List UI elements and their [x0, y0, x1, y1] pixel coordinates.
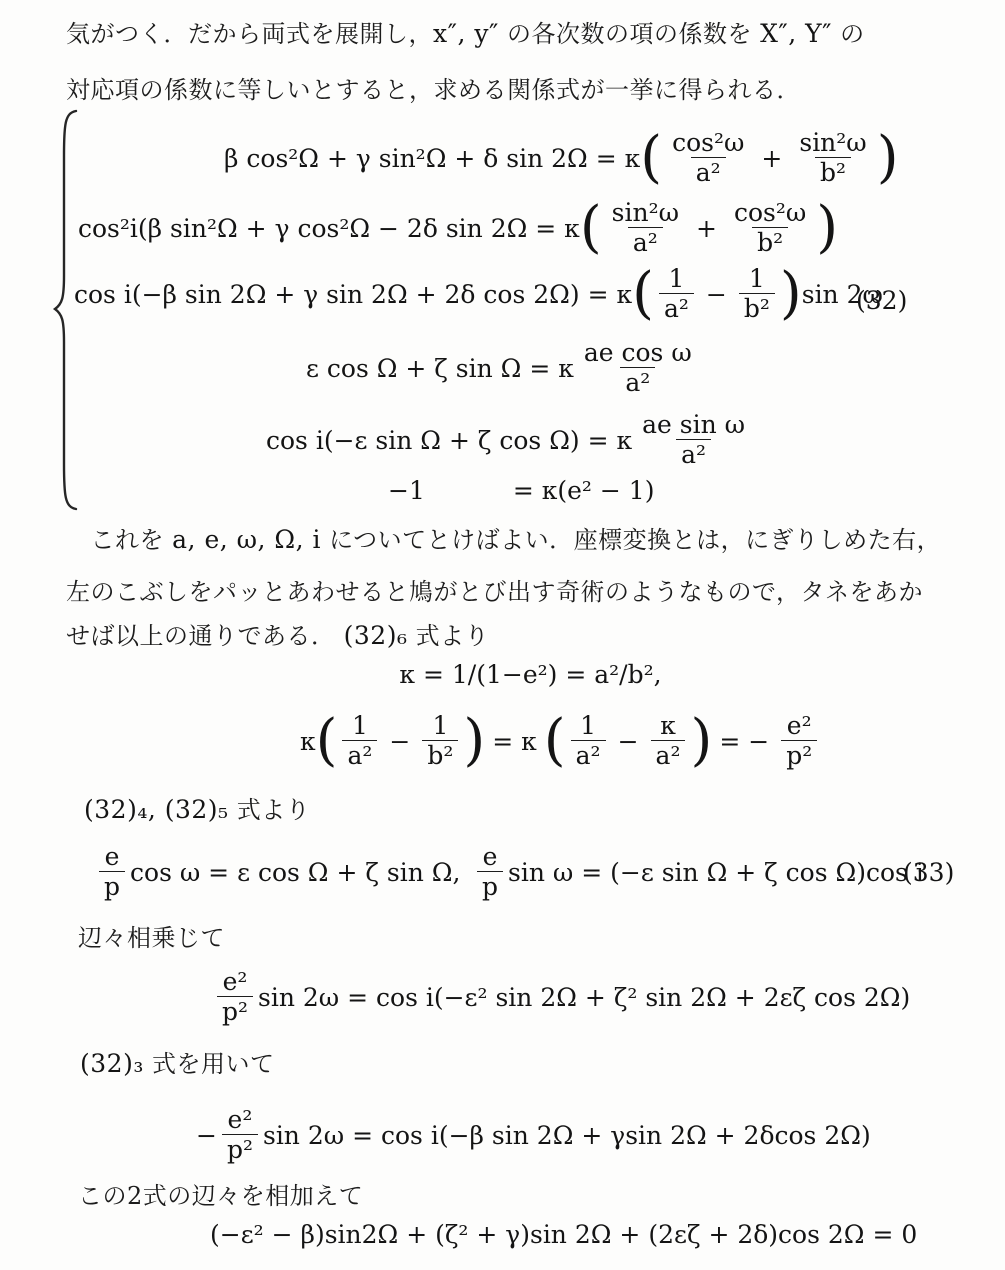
intro-line-2-text: 対応項の係数に等しいとすると，求める関係式が一挙に得られる．	[66, 76, 801, 104]
eq32-1-frac-2: sin²ωb²	[794, 129, 871, 187]
paragraph-2-line-2: 左のこぶしをパッとあわせると鳩がとび出す奇術のようなもので，タネをあか	[66, 572, 923, 607]
equation-product-frac: e²p²	[217, 968, 253, 1026]
kappa-identity-1: κ = 1/(1−e²) = a²/b²,	[0, 660, 1005, 689]
eq32-4-frac-den: a²	[620, 367, 655, 397]
kappa-identity-2-minus-1: −	[389, 727, 410, 756]
reference-32-4-5-refs: (32)₄, (32)₅	[84, 795, 229, 824]
equation-product-frac-den: p²	[217, 996, 253, 1026]
eq32-1-frac-2-num: sin²ω	[794, 129, 871, 157]
eq32-5-frac: ae sin ωa²	[637, 411, 750, 469]
eq32-1-plus: +	[761, 144, 782, 173]
kappa-identity-2-frac-3-num: 1	[575, 712, 601, 740]
equation-product: e²p² sin 2ω = cos i(−ε² sin 2Ω + ζ² sin …	[212, 960, 910, 1034]
equation-system-32: β cos²Ω + γ sin²Ω + δ sin 2Ω = κ ( cos²ω…	[44, 108, 944, 512]
equation-number-32: (32)	[856, 286, 907, 315]
add-sides-text: この2式の辺々を相加えて	[78, 1176, 363, 1211]
reference-32-4-5-jp: 式より	[229, 796, 311, 824]
paragraph-2-line-3: せば以上の通りである． (32)₆ 式より	[66, 616, 489, 651]
eq32-1-frac-1: cos²ωa²	[667, 129, 749, 187]
paragraph-2-line-2-text: 左のこぶしをパッとあわせると鳩がとび出す奇術のようなもので，タネをあか	[66, 578, 923, 606]
paragraph-2-line-1: これを a, e, ω, Ω, i についてとけばよい．座標変換とは，にぎりしめ…	[66, 520, 941, 555]
kappa-identity-2-frac-5-num: e²	[782, 712, 817, 740]
eq32-1: β cos²Ω + γ sin²Ω + δ sin 2Ω = κ ( cos²ω…	[224, 122, 899, 194]
eq32-4: ε cos Ω + ζ sin Ω = κ ae cos ωa²	[306, 330, 702, 406]
intro-line-1-jp-c: の	[832, 20, 865, 48]
kappa-identity-2-frac-3: 1a²	[571, 712, 606, 770]
kappa-identity-2-frac-5: e²p²	[781, 712, 817, 770]
multiply-sides-text: 辺々相乗じて	[78, 918, 225, 953]
equation-33-frac-1-den: p	[99, 871, 125, 901]
eq32-1-frac-1-num: cos²ω	[667, 129, 749, 157]
equation-final-text: (−ε² − β)sin2Ω + (ζ² + γ)sin 2Ω + (2εζ +…	[210, 1220, 917, 1249]
eq32-2-frac-2-den: b²	[752, 227, 788, 257]
kappa-identity-1-text: κ = 1/(1−e²) = a²/b²,	[399, 660, 661, 689]
eq32-4-frac: ae cos ωa²	[579, 339, 697, 397]
paragraph-2-line-3-ref: (32)₆	[344, 621, 408, 650]
eq32-4-frac-num: ae cos ω	[579, 339, 697, 367]
eq32-6-rhs: = κ(e² − 1)	[513, 476, 655, 505]
eq32-4-lhs: ε cos Ω + ζ sin Ω = κ	[306, 354, 574, 383]
intro-line-1-math-XY: X″, Y″	[760, 19, 832, 48]
kappa-identity-2-frac-1-den: a²	[342, 740, 377, 770]
eq32-1-close-paren: )	[877, 130, 899, 186]
eq32-3-lhs: cos i(−β sin 2Ω + γ sin 2Ω + 2δ cos 2Ω) …	[74, 280, 632, 309]
equation-number-33: (33)	[903, 858, 954, 887]
equation-substituted: − e²p² sin 2ω = cos i(−β sin 2Ω + γsin 2…	[196, 1098, 871, 1172]
equation-product-text: sin 2ω = cos i(−ε² sin 2Ω + ζ² sin 2Ω + …	[258, 983, 910, 1012]
eq32-5-frac-den: a²	[676, 439, 711, 469]
equation-33-frac-2-num: e	[478, 843, 503, 871]
kappa-identity-2-open-paren-1: (	[316, 713, 338, 769]
eq32-3-minus: −	[706, 280, 727, 309]
eq32-3: cos i(−β sin 2Ω + γ sin 2Ω + 2δ cos 2Ω) …	[74, 260, 883, 328]
eq32-5-frac-num: ae sin ω	[637, 411, 750, 439]
add-sides-label: この2式の辺々を相加えて	[78, 1182, 363, 1210]
kappa-identity-2-close-paren-2: )	[690, 713, 712, 769]
equation-substituted-frac-den: p²	[222, 1134, 258, 1164]
equation-substituted-frac-num: e²	[223, 1106, 258, 1134]
eq32-3-frac-1: 1a²	[659, 265, 694, 323]
equation-33-part-1-text: cos ω = ε cos Ω + ζ sin Ω,	[130, 858, 460, 887]
paragraph-2-line-3-jp-a: せば以上の通りである．	[66, 622, 336, 650]
kappa-identity-2-frac-5-den: p²	[781, 740, 817, 770]
eq32-3-frac-2-den: b²	[739, 293, 775, 323]
eq32-5-lhs: cos i(−ε sin Ω + ζ cos Ω) = κ	[266, 426, 632, 455]
intro-line-1: 気がつく．だから両式を展開し，x″, y″ の各次数の項の係数を X″, Y″ …	[66, 14, 865, 49]
kappa-identity-2: κ ( 1a² − 1b² ) = κ ( 1a² − κa² ) = − e²…	[300, 704, 822, 778]
multiply-sides-label: 辺々相乗じて	[78, 924, 225, 952]
eq32-2-open-paren: (	[580, 200, 602, 256]
intro-line-2: 対応項の係数に等しいとすると，求める関係式が一挙に得られる．	[66, 70, 801, 105]
eq32-2-frac-1: sin²ωa²	[607, 199, 684, 257]
reference-32-4-5: (32)₄, (32)₅ 式より	[84, 790, 310, 825]
equation-33-part-2: ep sin ω = (−ε sin Ω + ζ cos Ω)cos i	[472, 842, 924, 902]
kappa-identity-2-close-paren-1: )	[463, 713, 485, 769]
eq32-3-frac-1-den: a²	[659, 293, 694, 323]
eq32-3-frac-1-num: 1	[663, 265, 689, 293]
intro-line-1-math-xy: x″, y″	[433, 19, 499, 48]
kappa-identity-2-frac-2-den: b²	[422, 740, 458, 770]
kappa-identity-2-frac-3-den: a²	[571, 740, 606, 770]
eq32-1-frac-1-den: a²	[691, 157, 726, 187]
paragraph-2-line-1-jp-a: これを	[66, 526, 172, 554]
kappa-identity-2-frac-4: κa²	[651, 712, 686, 770]
eq32-3-frac-2-num: 1	[744, 265, 770, 293]
equation-substituted-frac: e²p²	[222, 1106, 258, 1164]
eq32-3-close-paren: )	[780, 266, 802, 322]
kappa-identity-2-open-paren-2: (	[544, 713, 566, 769]
equation-substituted-text: sin 2ω = cos i(−β sin 2Ω + γsin 2Ω + 2δc…	[263, 1121, 871, 1150]
eq32-1-open-paren: (	[640, 130, 662, 186]
kappa-identity-2-frac-1-num: 1	[347, 712, 373, 740]
equation-substituted-minus: −	[196, 1121, 217, 1150]
eq32-3-open-paren: (	[632, 266, 654, 322]
equation-33-frac-2-den: p	[477, 871, 503, 901]
eq32-1-lhs: β cos²Ω + γ sin²Ω + δ sin 2Ω = κ	[224, 144, 640, 173]
equation-33-part-2-text: sin ω = (−ε sin Ω + ζ cos Ω)cos i	[508, 858, 924, 887]
eq32-5: cos i(−ε sin Ω + ζ cos Ω) = κ ae sin ωa²	[266, 404, 755, 476]
equation-33-frac-1-num: e	[100, 843, 125, 871]
kappa-identity-2-mid: = κ	[492, 727, 537, 756]
reference-32-3-ref: (32)₃	[80, 1049, 144, 1078]
eq32-2-frac-1-num: sin²ω	[607, 199, 684, 227]
intro-line-1-jp-b: の各次数の項の係数を	[499, 20, 760, 48]
kappa-identity-2-frac-4-num: κ	[655, 712, 681, 740]
equation-33-frac-1: ep	[99, 843, 125, 901]
equation-33-part-1: ep cos ω = ε cos Ω + ζ sin Ω,	[94, 842, 460, 902]
kappa-identity-2-tail: = −	[719, 727, 769, 756]
paragraph-2-line-1-math: a, e, ω, Ω, i	[172, 525, 321, 554]
eq32-2-plus: +	[696, 214, 717, 243]
kappa-identity-2-frac-4-den: a²	[651, 740, 686, 770]
eq32-2-close-paren: )	[816, 200, 838, 256]
equation-33-frac-2: ep	[477, 843, 503, 901]
eq32-2-frac-2-num: cos²ω	[729, 199, 811, 227]
eq32-6: −1 = κ(e² − 1)	[388, 472, 654, 508]
kappa-identity-2-minus-2: −	[618, 727, 639, 756]
eq32-2: cos²i(β sin²Ω + γ cos²Ω − 2δ sin 2Ω = κ …	[78, 192, 838, 264]
eq32-2-lhs: cos²i(β sin²Ω + γ cos²Ω − 2δ sin 2Ω = κ	[78, 214, 580, 243]
reference-32-3: (32)₃ 式を用いて	[80, 1044, 274, 1079]
equation-33: ep cos ω = ε cos Ω + ζ sin Ω, ep sin ω =…	[0, 842, 1005, 902]
eq32-2-frac-2: cos²ωb²	[729, 199, 811, 257]
reference-32-3-jp: 式を用いて	[144, 1050, 275, 1078]
kappa-identity-2-frac-2-num: 1	[427, 712, 453, 740]
kappa-identity-2-frac-2: 1b²	[422, 712, 458, 770]
equation-final: (−ε² − β)sin2Ω + (ζ² + γ)sin 2Ω + (2εζ +…	[210, 1220, 917, 1249]
eq32-2-frac-1-den: a²	[628, 227, 663, 257]
paragraph-2-line-3-jp-b: 式より	[407, 622, 489, 650]
book-page: 気がつく．だから両式を展開し，x″, y″ の各次数の項の係数を X″, Y″ …	[0, 0, 1005, 1270]
kappa-identity-2-frac-1: 1a²	[342, 712, 377, 770]
equation-product-frac-num: e²	[218, 968, 253, 996]
intro-line-1-jp-a: 気がつく．だから両式を展開し，	[66, 20, 433, 48]
paragraph-2-line-1-jp-b: についてとけばよい．座標変換とは，にぎりしめた右，	[321, 526, 941, 554]
eq32-3-frac-2: 1b²	[739, 265, 775, 323]
kappa-identity-2-pre: κ	[300, 727, 316, 756]
eq32-1-frac-2-den: b²	[815, 157, 851, 187]
eq32-6-lhs: −1	[388, 476, 425, 505]
